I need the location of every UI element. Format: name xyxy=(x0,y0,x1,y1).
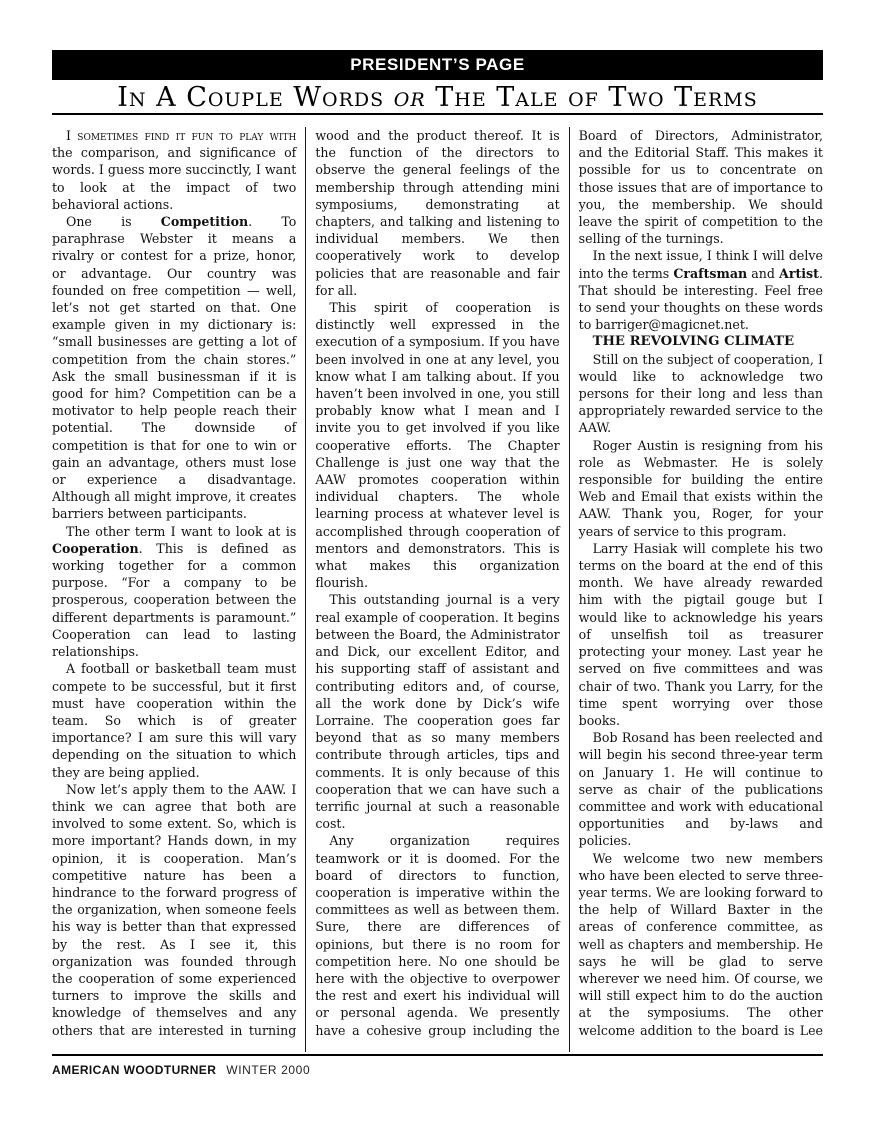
bold-term-cooperation: Cooperation xyxy=(52,541,139,556)
paragraph-competition: One is Competition. To paraphrase Webste… xyxy=(52,213,296,523)
article-title: In A Couple Words or The Tale of Two Ter… xyxy=(52,82,823,113)
paragraph-journal: This outstanding journal is a very real … xyxy=(315,591,559,832)
lead-in-small-caps: I sometimes find it fun to play with xyxy=(66,128,296,143)
section-heading-revolving-climate: THE REVOLVING CLIMATE xyxy=(579,333,823,350)
paragraph-symposium: This spirit of cooperation is distinctly… xyxy=(315,299,559,591)
journal-name: AMERICAN WOODTURNER xyxy=(52,1063,216,1077)
paragraph-intro: I sometimes find it fun to play with the… xyxy=(52,127,296,213)
article-columns: I sometimes find it fun to play with the… xyxy=(52,127,823,1052)
article-title-conjunction: or xyxy=(394,82,426,113)
paragraph-text: . To paraphrase Webster it means a rival… xyxy=(52,214,296,521)
paragraph-acknowledge: Still on the subject of cooperation, I w… xyxy=(579,351,823,437)
paragraph-text: and xyxy=(747,266,779,281)
paragraph-next-issue: In the next issue, I think I will delve … xyxy=(579,247,823,333)
paragraph-text: The other term I want to look at is xyxy=(66,524,296,539)
footer-divider-rule xyxy=(52,1054,823,1056)
paragraph-intro-rest: the comparison, and significance of word… xyxy=(52,145,296,212)
paragraph-cooperation: The other term I want to look at is Coop… xyxy=(52,523,296,661)
title-divider-rule xyxy=(52,113,823,115)
bold-term-competition: Competition xyxy=(161,214,248,229)
magazine-page: PRESIDENT’S PAGE In A Couple Words or Th… xyxy=(0,0,876,1133)
banner-label: PRESIDENT’S PAGE xyxy=(350,55,525,75)
paragraph-text: . This is defined as working together fo… xyxy=(52,541,296,659)
paragraph-roger-austin: Roger Austin is resigning from his role … xyxy=(579,437,823,540)
paragraph-team: A football or basketball team must compe… xyxy=(52,660,296,780)
bold-term-artist: Artist xyxy=(779,266,819,281)
issue-label: WINTER 2000 xyxy=(226,1063,310,1077)
paragraph-bob-rosand: Bob Rosand has been reelected and will b… xyxy=(579,729,823,849)
presidents-page-banner: PRESIDENT’S PAGE xyxy=(52,50,823,80)
page-footer: AMERICAN WOODTURNER WINTER 2000 xyxy=(52,1063,823,1077)
article-title-post: The Tale of Two Terms xyxy=(426,82,758,113)
article-title-pre: In A Couple Words xyxy=(117,82,394,113)
bold-term-craftsman: Craftsman xyxy=(673,266,747,281)
paragraph-text: One is xyxy=(66,214,161,229)
paragraph-larry-hasiak: Larry Hasiak will complete his two terms… xyxy=(579,540,823,729)
